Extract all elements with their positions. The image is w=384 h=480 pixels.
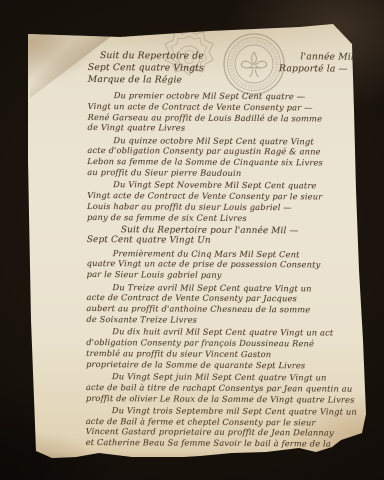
manuscript-text: Suit du Repertoire de l'année Mil Sept C… bbox=[86, 50, 354, 450]
entry-line: proffit de olivier Le Roux de la Somme d… bbox=[86, 393, 352, 405]
photo-background: Suit du Repertoire de l'année Mil Sept C… bbox=[0, 0, 384, 480]
header-line-3: Marque de la Régie bbox=[88, 74, 354, 88]
header-line1-left: Suit du Repertoire de bbox=[88, 50, 204, 63]
entry-line: de Vingt quatre Livres bbox=[87, 122, 353, 134]
entry-line: de Soixante Treize Livres bbox=[86, 314, 352, 326]
header-line2-left: Sept Cent quatre Vingts bbox=[88, 62, 204, 75]
entry-line: pany de sa femme de six Cent Livres bbox=[87, 212, 353, 224]
header-line1-right: l'année Mil bbox=[300, 51, 354, 63]
entry-line: et Catherine Beau Sa femme Savoir le bai… bbox=[86, 437, 352, 449]
section-heading-line: Sept Cent quatre Vingt Un bbox=[87, 235, 353, 247]
entry-line: proprietaire de la Somme de quarante Sep… bbox=[86, 359, 352, 371]
header-line2-right: Rapporté la — bbox=[279, 63, 354, 75]
manuscript-page: Suit du Repertoire de l'année Mil Sept C… bbox=[0, 0, 384, 480]
manuscript-body: Du premier octobre Mil Sept Cent quatre … bbox=[86, 90, 354, 450]
entry-line: au proffit du Sieur pierre Baudouin bbox=[87, 167, 353, 179]
entry-line: par le Sieur Louis gabriel pany bbox=[87, 269, 353, 281]
